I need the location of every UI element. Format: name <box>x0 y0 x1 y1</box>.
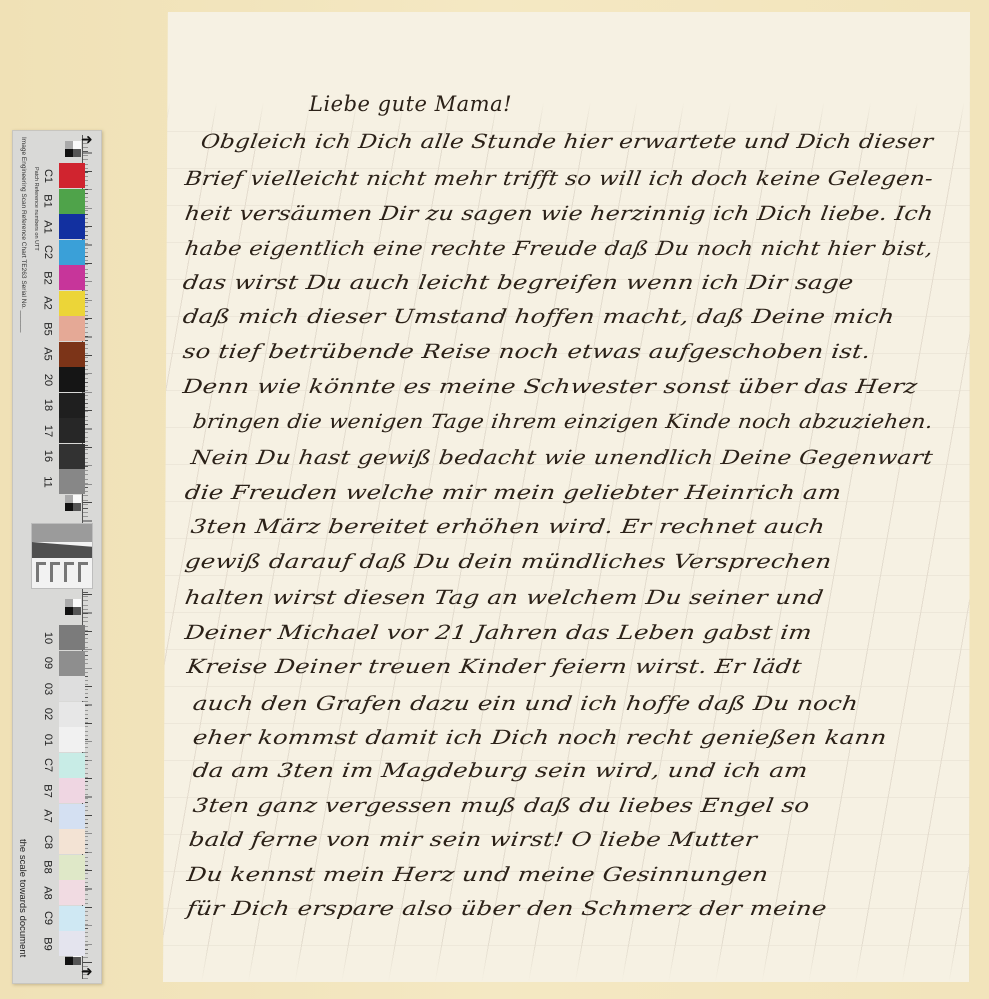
color-patch-c2 <box>59 240 85 265</box>
patch-label: 09 <box>37 651 59 676</box>
color-patch-a1 <box>59 214 85 239</box>
patch-label: B9 <box>37 931 59 956</box>
color-patch-16 <box>59 444 85 469</box>
scale-note: the scale towards document <box>17 839 28 957</box>
letter-line: für Dich erspare also über den Schmerz d… <box>185 897 828 920</box>
patch-label: 01 <box>37 727 59 752</box>
color-patch-c1 <box>59 163 85 188</box>
color-patch-18 <box>59 393 85 418</box>
letter-line: eher kommst damit ich Dich noch recht ge… <box>191 726 888 749</box>
patch-label: A5 <box>37 342 59 367</box>
patch-label: C8 <box>37 829 59 854</box>
color-patch-a7 <box>59 804 85 829</box>
patch-label: 17 <box>37 418 59 443</box>
patch-label: B5 <box>37 316 59 341</box>
letter-line: das wirst Du auch leicht begreifen wenn … <box>181 271 855 294</box>
scan-reference-chart: Image Engineering Scan Reference Chart T… <box>12 130 102 984</box>
letter-line: Brief vielleicht nicht mehr trifft so wi… <box>183 167 934 190</box>
patch-label: A8 <box>37 880 59 905</box>
letter-line: Denn wie könnte es meine Schwester sonst… <box>181 375 918 398</box>
letter-line: halten wirst diesen Tag an welchem Du se… <box>183 586 825 609</box>
arrow-right-icon: ➜ <box>81 967 97 977</box>
patch-label: 20 <box>37 367 59 392</box>
color-patch-a5 <box>59 342 85 367</box>
letter-line: habe eigentlich eine rechte Freude daß D… <box>183 237 934 260</box>
patch-label: 16 <box>37 444 59 469</box>
patch-label: 03 <box>37 676 59 701</box>
color-patch-b9 <box>59 931 85 956</box>
color-patch-a8 <box>59 880 85 905</box>
letter-line: 3ten März bereitet erhöhen wird. Er rech… <box>189 515 826 538</box>
color-patch-02 <box>59 702 85 727</box>
color-patch-c9 <box>59 906 85 931</box>
letter-line: Obgleich ich Dich alle Stunde hier erwar… <box>199 130 934 153</box>
patch-label: 10 <box>37 625 59 650</box>
color-patch-c8 <box>59 829 85 854</box>
letter-line: auch den Grafen dazu ein und ich hoffe d… <box>191 692 859 715</box>
letter-line: bringen die wenigen Tage ihrem einzigen … <box>191 410 934 433</box>
letter-line: bald ferne von mir sein wirst! O liebe M… <box>187 828 758 851</box>
arrow-right-icon: ➜ <box>81 135 97 145</box>
letter-line: 3ten ganz vergessen muß daß du liebes En… <box>191 794 811 817</box>
patch-label: B8 <box>37 855 59 880</box>
chart-maker-label: Image Engineering Scan Reference Chart T… <box>20 137 27 332</box>
patch-label: A7 <box>37 804 59 829</box>
letter-line: die Freuden welche mir mein geliebter He… <box>183 481 843 504</box>
letter-line: Deiner Michael vor 21 Jahren das Leben g… <box>183 621 813 644</box>
color-patch-09 <box>59 651 85 676</box>
patch-label: 18 <box>37 393 59 418</box>
patch-label: 11 <box>37 469 59 494</box>
color-patch-20 <box>59 367 85 392</box>
color-patch-b1 <box>59 189 85 214</box>
patch-label: B1 <box>37 189 59 214</box>
patch-label: C2 <box>37 240 59 265</box>
patch-label: C7 <box>37 753 59 778</box>
color-patch-b8 <box>59 855 85 880</box>
letter-line: gewiß darauf daß Du dein mündliches Vers… <box>183 550 833 573</box>
color-patch-01 <box>59 727 85 752</box>
color-patch-17 <box>59 418 85 443</box>
color-patch-11 <box>59 469 85 494</box>
patch-label: B7 <box>37 778 59 803</box>
color-patch-b7 <box>59 778 85 803</box>
registration-mark-icon <box>65 141 81 157</box>
color-patch-b2 <box>59 265 85 290</box>
color-patch-b5 <box>59 316 85 341</box>
letter-line: heit versäumen Dir zu sagen wie herzinni… <box>183 202 934 225</box>
color-patch-c7 <box>59 753 85 778</box>
salutation: Liebe gute Mama! <box>309 92 512 116</box>
letter-line: da am 3ten im Magdeburg sein wird, und i… <box>191 759 809 782</box>
registration-mark-icon <box>65 599 81 615</box>
patch-label: C1 <box>37 163 59 188</box>
letter-line: daß mich dieser Umstand hoffen macht, da… <box>181 305 896 328</box>
patch-label: A1 <box>37 214 59 239</box>
letter-line: so tief betrübende Reise noch etwas aufg… <box>181 340 872 363</box>
color-patch-a2 <box>59 291 85 316</box>
registration-mark-icon <box>65 495 81 511</box>
letter-line: Nein Du hast gewiß bedacht wie unendlich… <box>189 446 934 469</box>
color-patch-03 <box>59 676 85 701</box>
letter-page: Liebe gute Mama! Obgleich ich Dich alle … <box>163 12 970 982</box>
letter-line: Kreise Deiner treuen Kinder feiern wirst… <box>185 655 803 678</box>
gray-wedge <box>31 523 93 589</box>
patch-label: 02 <box>37 702 59 727</box>
color-patch-10 <box>59 625 85 650</box>
letter-line: Du kennst mein Herz und meine Gesinnunge… <box>185 863 770 886</box>
patch-label: C9 <box>37 906 59 931</box>
patch-label: A2 <box>37 291 59 316</box>
patch-label: B2 <box>37 265 59 290</box>
letter-body: Liebe gute Mama! Obgleich ich Dich alle … <box>163 12 970 982</box>
